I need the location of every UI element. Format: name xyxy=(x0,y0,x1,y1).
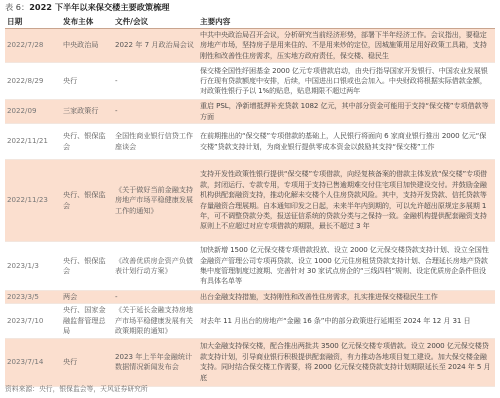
header-content: 主要内容 xyxy=(198,14,495,29)
cell-issuer: 央行 xyxy=(61,338,113,386)
header-document: 文件/会议 xyxy=(113,14,198,29)
table-row: 2022/8/29 央行 - 保交楼全国性纾困基金 2000 亿元专项借款启动，… xyxy=(5,63,495,100)
cell-date: 2023/7/10 xyxy=(5,304,61,338)
cell-content: 加大金融支持保交楼，配合推出两批共 3500 亿元保交楼专项借款。设立 2000… xyxy=(198,338,495,386)
cell-content: 对去年 11 月出台的房地产“金融 16 条”中的部分政策进行延期至 2024 … xyxy=(198,304,495,338)
cell-content: 出台金融支持措施，支持刚性和改善性住房需求，扎实推进保交楼稳民生工作 xyxy=(198,291,495,304)
table-row: 2022/11/23 央行、银保监会 《关于做好当前金融支持房地产市场平稳健康发… xyxy=(5,160,495,242)
table-row: 2023/7/14 央行 2023 年上半年金融统计数据情况新闻发布会 加大金融… xyxy=(5,338,495,386)
cell-issuer: 央行、银保监会 xyxy=(61,160,113,242)
cell-issuer: 两会 xyxy=(61,291,113,304)
cell-document: 《关于延长金融支持房地产市场平稳健康发展有关政策期限的通知》 xyxy=(113,304,198,338)
table-row: 2022/11/21 央行、银保监会 全国性商业银行信贷工作座谈会 在前期推出的… xyxy=(5,124,495,160)
cell-issuer: 央行、国家金融监督管理总局 xyxy=(61,304,113,338)
header-date: 日期 xyxy=(5,14,61,29)
cell-document: - xyxy=(113,100,198,124)
cell-date: 2023/7/14 xyxy=(5,338,61,386)
cell-date: 2022/8/29 xyxy=(5,63,61,100)
cell-date: 2022/09 xyxy=(5,100,61,124)
table-row: 2023/3/5 两会 - 出台金融支持措施，支持刚性和改善性住房需求，扎实推进… xyxy=(5,291,495,304)
table-row: 2022/09 三家政策行 - 重启 PSL，净新增抵押补充贷款 1082 亿元… xyxy=(5,100,495,124)
table-number: 表 6： xyxy=(5,2,29,12)
cell-date: 2023/3/5 xyxy=(5,291,61,304)
cell-date: 2022/11/21 xyxy=(5,124,61,160)
cell-document: - xyxy=(113,63,198,100)
table-title-text: 2022 下半年以来保交楼主要政策梳理 xyxy=(29,2,169,12)
cell-document: 2023 年上半年金融统计数据情况新闻发布会 xyxy=(113,338,198,386)
source-note: 资料来源：央行，银保监会等，天风证券研究所 xyxy=(5,383,148,393)
cell-date: 2022/11/23 xyxy=(5,160,61,242)
cell-content: 支持开发性政策性银行提供“保交楼”专项借款，向经复核备案的借款主体发放“保交楼”… xyxy=(198,160,495,242)
cell-document: 全国性商业银行信贷工作座谈会 xyxy=(113,124,198,160)
policy-table-document: 表 6：2022 下半年以来保交楼主要政策梳理 日期 发布主体 文件/会议 主要… xyxy=(0,0,500,398)
cell-document: - xyxy=(113,291,198,304)
cell-content: 保交楼全国性纾困基金 2000 亿元专项借款启动，由央行指导国家开发银行、中国农… xyxy=(198,63,495,100)
cell-issuer: 央行 xyxy=(61,63,113,100)
cell-issuer: 央行、银保监会 xyxy=(61,242,113,291)
cell-date: 2023/1/3 xyxy=(5,242,61,291)
table-header-row: 日期 发布主体 文件/会议 主要内容 xyxy=(5,14,495,29)
table-row: 2023/7/10 央行、国家金融监督管理总局 《关于延长金融支持房地产市场平稳… xyxy=(5,304,495,338)
cell-issuer: 三家政策行 xyxy=(61,100,113,124)
table-row: 2022/7/28 中央政治局 2022 年 7 月政治局会议 中共中央政治局召… xyxy=(5,29,495,63)
cell-date: 2022/7/28 xyxy=(5,29,61,63)
cell-issuer: 央行、银保监会 xyxy=(61,124,113,160)
table-row: 2023/1/3 央行、银保监会 《改善优质房企资产负债表计划行动方案》 加快新… xyxy=(5,242,495,291)
cell-content: 加快新增 1500 亿元保交楼专项借款投放、设立 2000 亿元保交楼贷款支持计… xyxy=(198,242,495,291)
cell-document: 《关于做好当前金融支持房地产市场平稳健康发展工作的通知》 xyxy=(113,160,198,242)
cell-document: 2022 年 7 月政治局会议 xyxy=(113,29,198,63)
table-title: 表 6：2022 下半年以来保交楼主要政策梳理 xyxy=(5,1,169,13)
header-issuer: 发布主体 xyxy=(61,14,113,29)
cell-issuer: 中央政治局 xyxy=(61,29,113,63)
cell-content: 在前期推出的“保交楼”专项借款的基础上，人民银行将面向 6 家商业银行推出 20… xyxy=(198,124,495,160)
cell-content: 重启 PSL，净新增抵押补充贷款 1082 亿元，其中部分资金可能用于支持“保交… xyxy=(198,100,495,124)
cell-document: 《改善优质房企资产负债表计划行动方案》 xyxy=(113,242,198,291)
policy-table: 日期 发布主体 文件/会议 主要内容 2022/7/28 中央政治局 2022 … xyxy=(5,14,495,387)
cell-content: 中共中央政治局召开会议，分析研究当前经济形势，部署下半年经济工作。会议指出，要稳… xyxy=(198,29,495,63)
